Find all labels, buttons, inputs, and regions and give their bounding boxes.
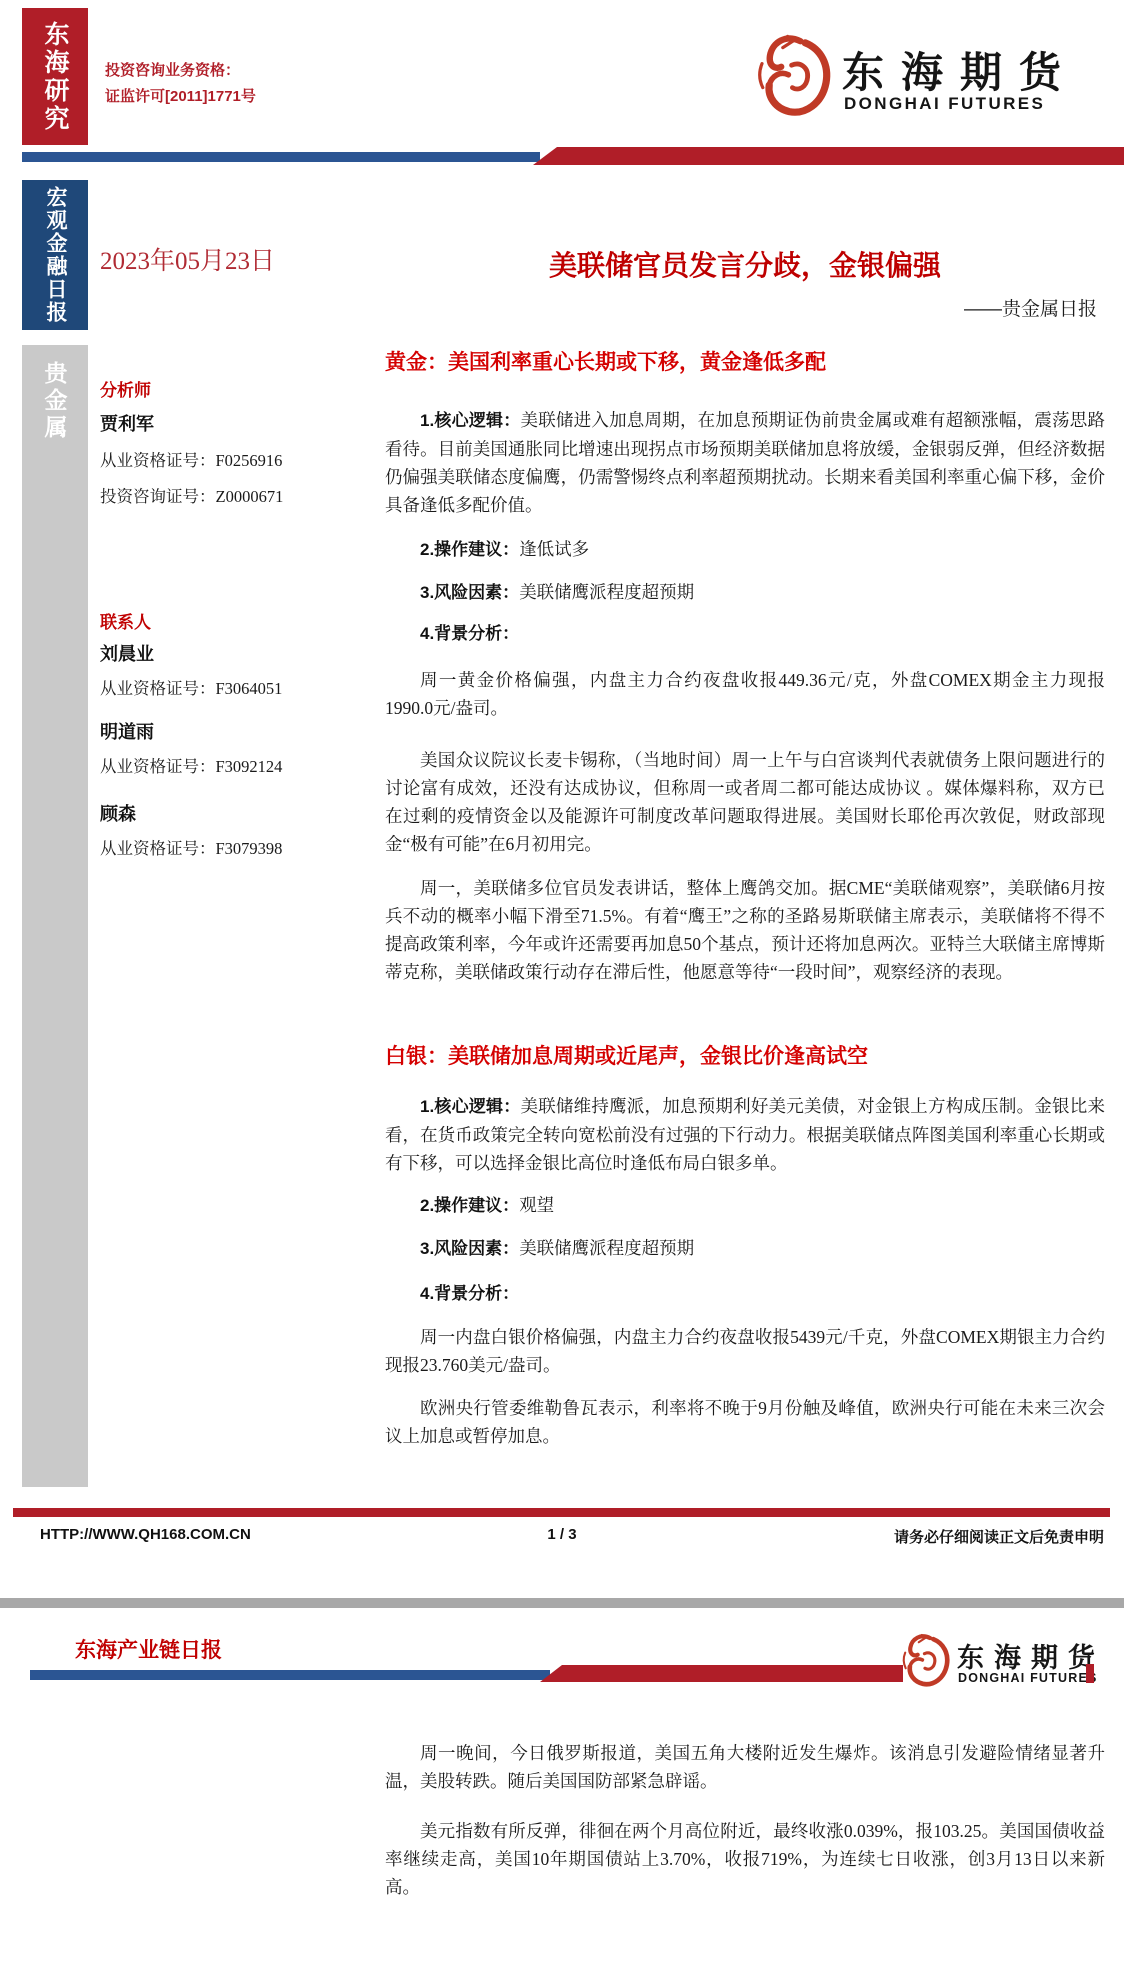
contact-cert: 从业资格证号：F3092124	[100, 753, 282, 777]
dragon-logo-icon	[900, 1630, 952, 1694]
paragraph-label: 3.风险因素：	[420, 1239, 519, 1258]
sidebar-category-box: 宏观金融日报	[22, 180, 88, 330]
report-page: 东海研究 投资咨询业务资格： 证监许可[2011]1771号 东海期货 DONG…	[0, 0, 1124, 1964]
report-body: 黄金：美国利率重心长期或下移，黄金逢低多配 1.核心逻辑：美联储进入加息周期，在…	[385, 348, 1105, 1450]
brand-box-label: 东海研究	[37, 21, 73, 133]
contact-name: 刘晨业	[100, 640, 154, 666]
report-subtitle: ——贵金属日报	[385, 294, 1097, 321]
paragraph-label: 1.核心逻辑：	[420, 411, 521, 430]
silver-background-2: 欧洲央行管委维勒鲁瓦表示，利率将不晚于9月份触及峰值，欧洲央行可能在未来三次会议…	[385, 1394, 1105, 1450]
contact-name: 明道雨	[100, 718, 154, 744]
silver-risk: 3.风险因素：美联储鹰派程度超预期	[385, 1234, 1105, 1263]
gold-background-label: 4.背景分析：	[385, 619, 1105, 648]
page2-body: 周一晚间，今日俄罗斯报道，美国五角大楼附近发生爆炸。该消息引发避险情绪显著升温，…	[385, 1739, 1105, 1901]
silver-section-header: 白银：美联储加息周期或近尾声，金银比价逢高试空	[385, 1042, 1105, 1072]
footer-divider	[13, 1508, 1110, 1517]
sidebar-subcategory-label: 贵金属	[39, 361, 72, 1487]
gold-core-logic: 1.核心逻辑：美联储进入加息周期，在加息预期证伪前贵金属或难有超额涨幅，震荡思路…	[385, 406, 1105, 519]
header-divider-red	[533, 147, 1124, 165]
gold-background-2: 美国众议院议长麦卡锡称，（当地时间）周一上午与白宫谈判代表就债务上限问题进行的讨…	[385, 746, 1105, 858]
footer-disclaimer: 请务必仔细阅读正文后免责申明	[894, 1526, 1104, 1547]
silver-core-logic: 1.核心逻辑：美联储维持鹰派，加息预期利好美元美债，对金银上方构成压制。金银比来…	[385, 1092, 1105, 1177]
dragon-logo-icon	[752, 30, 836, 126]
gold-risk: 3.风险因素：美联储鹰派程度超预期	[385, 578, 1105, 607]
gold-advice: 2.操作建议：逢低试多	[385, 535, 1105, 564]
page2-divider-red	[540, 1665, 903, 1682]
brand-box: 东海研究	[22, 8, 88, 145]
gold-section-header: 黄金：美国利率重心长期或下移，黄金逢低多配	[385, 348, 1105, 378]
logo-en-text: DONGHAI FUTURES	[844, 94, 1045, 114]
analyst-cert: 投资咨询证号：Z0000671	[100, 483, 283, 507]
paragraph-label: 4.背景分析：	[420, 624, 519, 643]
paragraph-label: 4.背景分析：	[420, 1284, 519, 1303]
page2-header-title: 东海产业链日报	[75, 1634, 222, 1664]
sidebar-subcategory-box: 贵金属	[22, 345, 88, 1487]
contact-role-label: 联系人	[100, 608, 151, 633]
qualification-line2: 证监许可[2011]1771号	[105, 84, 256, 110]
paragraph-text: 观望	[519, 1195, 554, 1215]
sidebar-category-label: 宏观金融日报	[40, 186, 70, 324]
footer: HTTP://WWW.QH168.COM.CN 1 / 3 请务必仔细阅读正文后…	[0, 1526, 1124, 1550]
report-date: 2023年05月23日	[100, 241, 275, 277]
paragraph-label: 1.核心逻辑：	[420, 1097, 521, 1116]
paragraph-label: 2.操作建议：	[420, 1196, 519, 1215]
paragraph-text: 美联储鹰派程度超预期	[519, 1238, 694, 1258]
logo-cn-text: 东海期货	[957, 1636, 1105, 1675]
paragraph-text: 美联储鹰派程度超预期	[519, 582, 694, 602]
silver-advice: 2.操作建议：观望	[385, 1191, 1105, 1220]
logo-cn-text: 东海期货	[842, 40, 1078, 100]
gold-background-1: 周一黄金价格偏强，内盘主力合约夜盘收报449.36元/克，外盘COMEX期金主力…	[385, 666, 1105, 722]
analyst-cert: 从业资格证号：F0256916	[100, 447, 282, 471]
contact-name: 顾森	[100, 800, 136, 826]
logo-red-accent	[1086, 1664, 1094, 1683]
silver-background-label: 4.背景分析：	[385, 1279, 1105, 1308]
report-title: 美联储官员发言分歧，金银偏强	[385, 244, 1105, 284]
paragraph-label: 3.风险因素：	[420, 583, 519, 602]
header-divider-blue	[22, 152, 540, 162]
contact-cert: 从业资格证号：F3079398	[100, 835, 282, 859]
qualification-line1: 投资咨询业务资格：	[105, 58, 256, 84]
contact-cert: 从业资格证号：F3064051	[100, 675, 282, 699]
analyst-name: 贾利军	[100, 410, 154, 436]
gold-background-3: 周一，美联储多位官员发表讲话，整体上鹰鸽交加。据CME“美联储观察”，美联储6月…	[385, 874, 1105, 986]
page2-divider-blue	[30, 1670, 550, 1680]
page-separator	[0, 1598, 1124, 1608]
paragraph-label: 2.操作建议：	[420, 540, 519, 559]
page2-paragraph-2: 美元指数有所反弹，徘徊在两个月高位附近，最终收涨0.039%，报103.25。美…	[385, 1817, 1105, 1901]
paragraph-text: 逢低试多	[519, 539, 589, 559]
silver-background-1: 周一内盘白银价格偏强，内盘主力合约夜盘收报5439元/千克，外盘COMEX期银主…	[385, 1323, 1105, 1379]
qualification-text: 投资咨询业务资格： 证监许可[2011]1771号	[105, 58, 256, 110]
logo-en-text: DONGHAI FUTURES	[958, 1671, 1098, 1685]
analyst-role-label: 分析师	[100, 376, 151, 401]
page2-paragraph-1: 周一晚间，今日俄罗斯报道，美国五角大楼附近发生爆炸。该消息引发避险情绪显著升温，…	[385, 1739, 1105, 1795]
